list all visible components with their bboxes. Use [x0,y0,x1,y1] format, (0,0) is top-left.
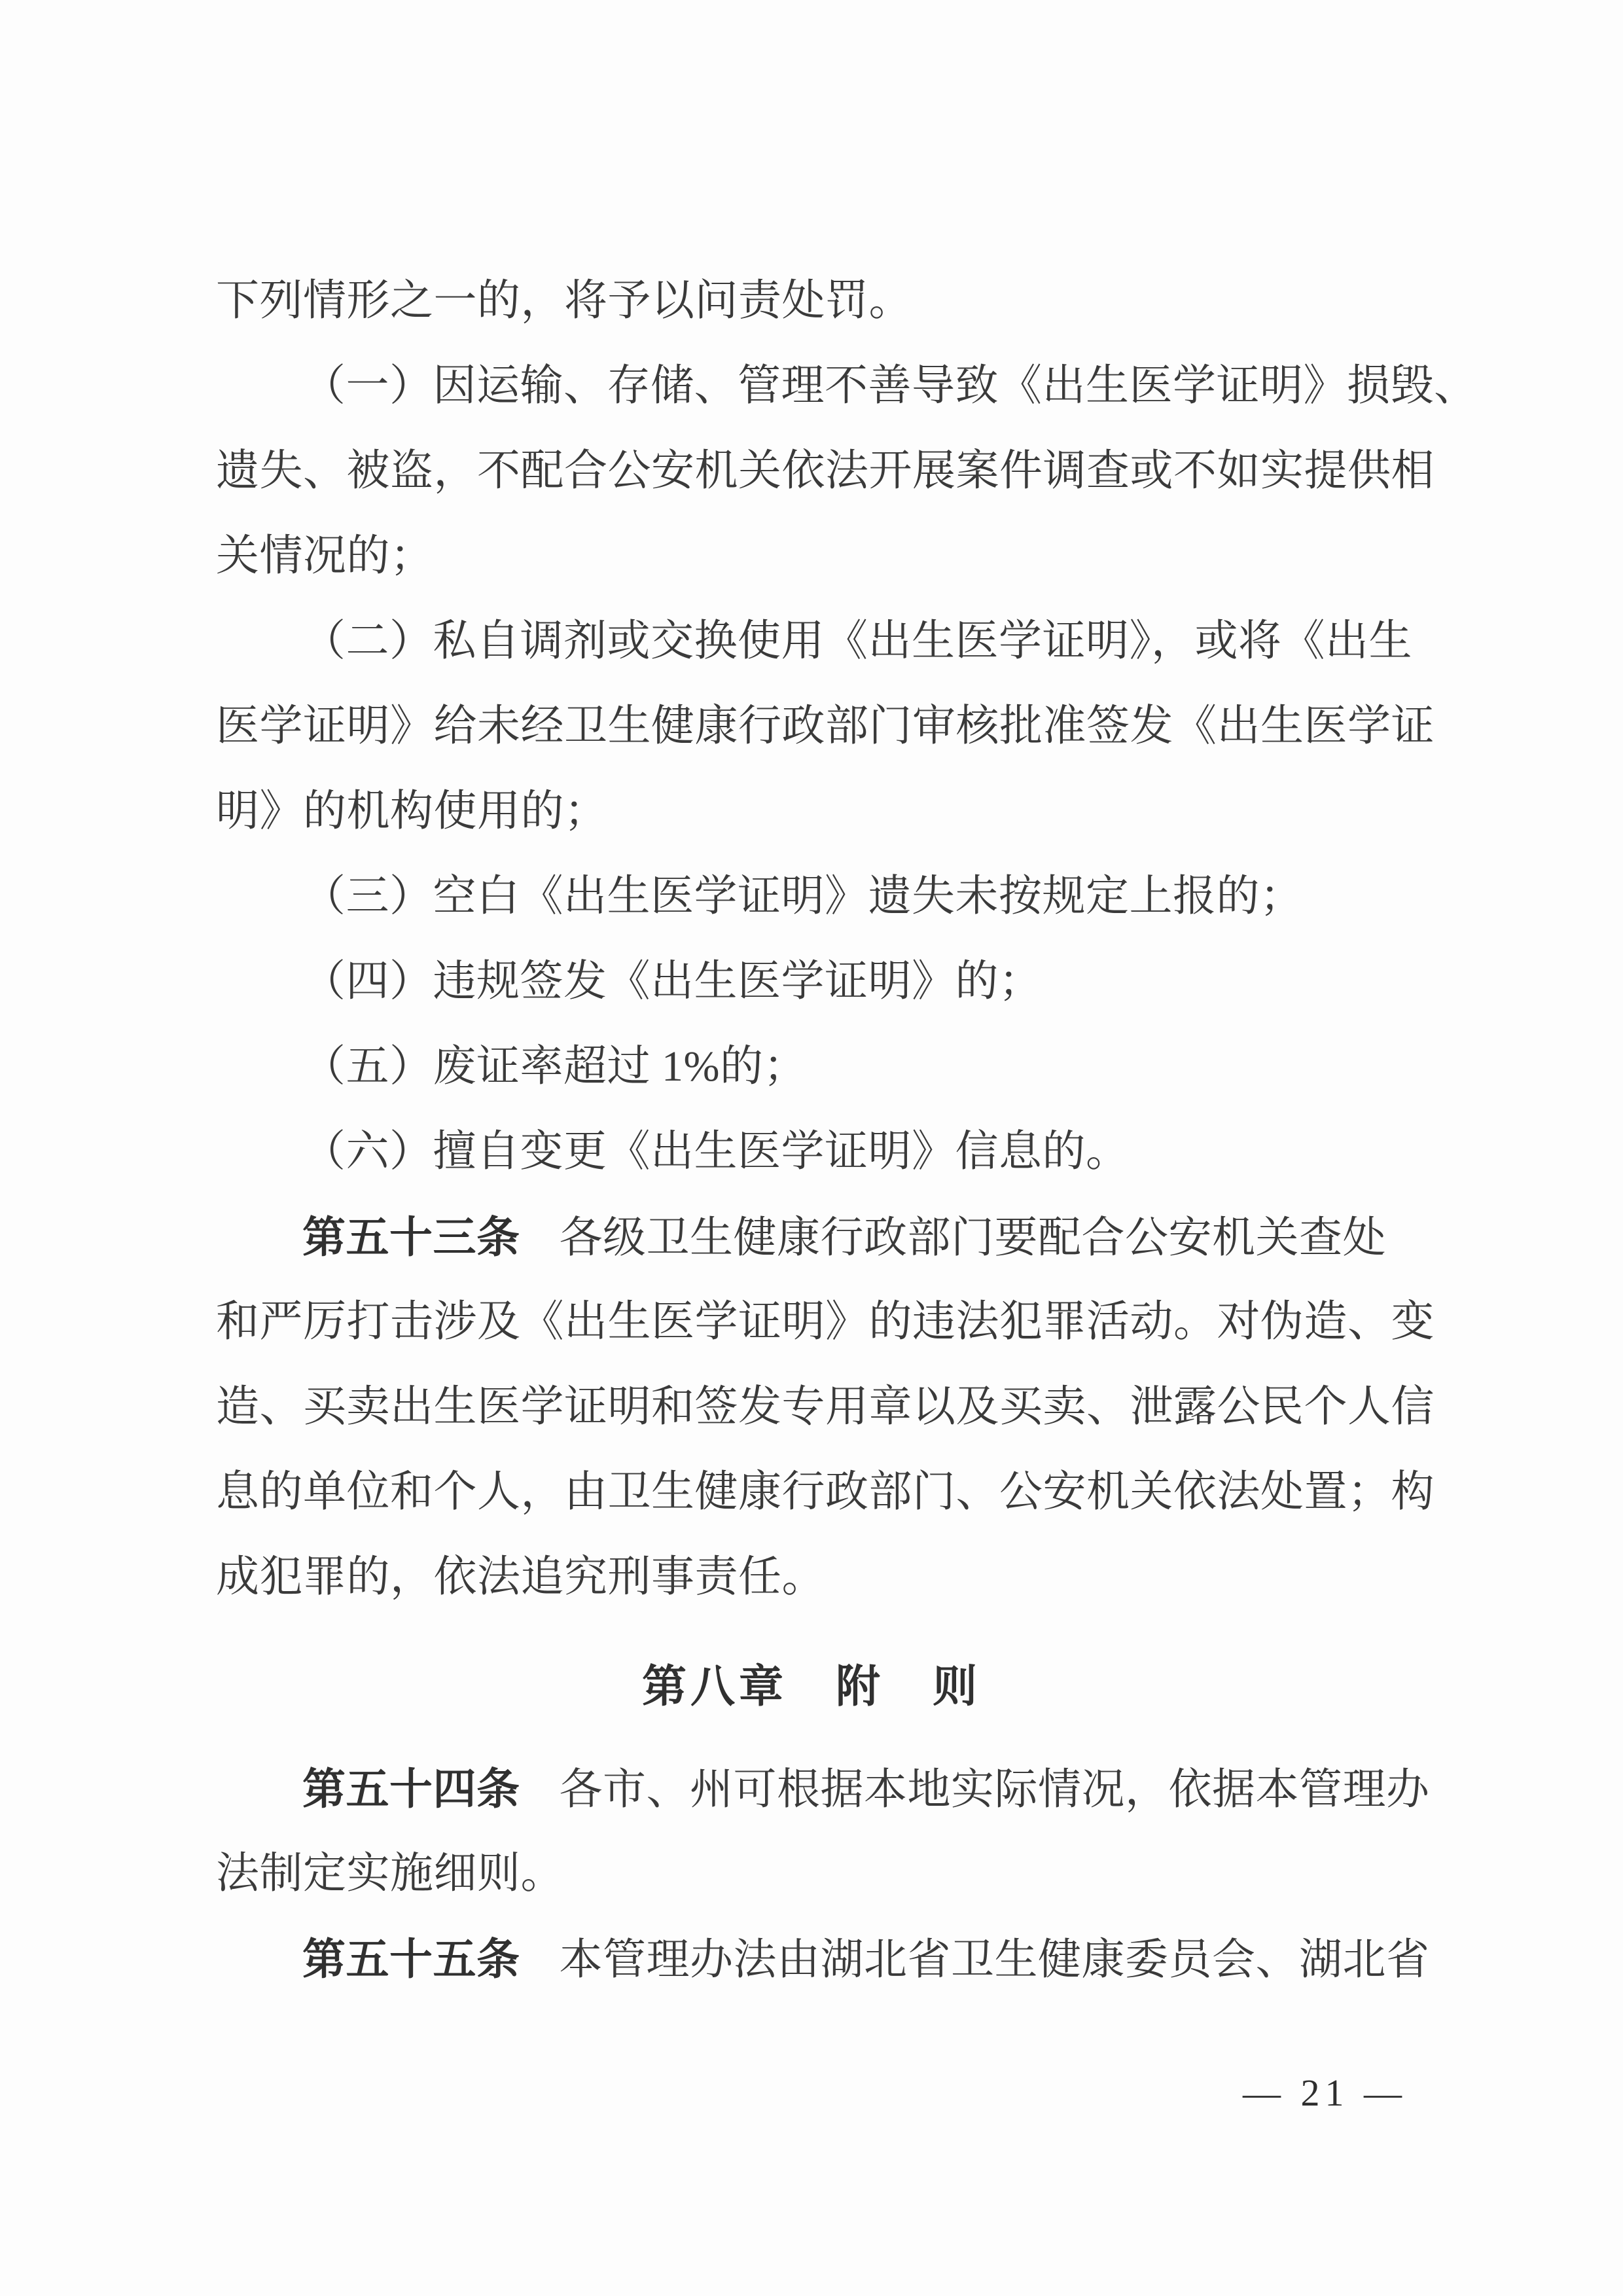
doc-line-14: 造、买卖出生医学证明和签发专用章以及买卖、泄露公民个人信 [216,1365,1407,1450]
doc-line-10-item-5: （五）废证率超过 1%的； [216,1024,1407,1109]
line-text: （六）擅自变更《出生医学证明》信息的。 [302,1128,1130,1175]
line-text: 法制定实施细则。 [216,1850,564,1897]
doc-line-19-article-55: 第五十五条本管理办法由湖北省卫生健康委员会、湖北省 [216,1916,1407,2001]
doc-line-11-item-6: （六）擅自变更《出生医学证明》信息的。 [216,1109,1407,1194]
doc-line-4: 关情况的； [216,514,1407,599]
doc-line-2-item-1: （一）因运输、存储、管理不善导致《出生医学证明》损毁、 [216,344,1407,429]
doc-line-17-article-54: 第五十四条各市、州可根据本地实际情况，依据本管理办 [216,1746,1407,1831]
line-text: 明》的机构使用的； [216,787,608,835]
line-text: （五）废证率超过 1%的； [302,1043,807,1090]
article-53-number: 第五十三条 [302,1213,520,1261]
doc-line-1: 下列情形之一的，将予以问责处罚。 [216,259,1407,344]
line-text: 成犯罪的，依法追究刑事责任。 [216,1553,825,1601]
line-text: 各市、州可根据本地实际情况，依据本管理办 [560,1766,1430,1814]
document-body: 下列情形之一的，将予以问责处罚。 （一）因运输、存储、管理不善导致《出生医学证明… [0,0,1623,2119]
article-54-number: 第五十四条 [302,1765,520,1813]
page-number: — 21 — [216,2067,1407,2119]
line-text: 和严厉打击涉及《出生医学证明》的违法犯罪活动。对伪造、变 [216,1298,1435,1346]
line-text: 医学证明》给未经卫生健康行政部门审核批准签发《出生医学证 [216,702,1435,750]
doc-line-12-article-53: 第五十三条各级卫生健康行政部门要配合公安机关查处 [216,1194,1407,1280]
doc-line-7: 明》的机构使用的； [216,769,1407,854]
line-text: （三）空白《出生医学证明》遗失未按规定上报的； [302,872,1304,920]
line-text: （四）违规签发《出生医学证明》的； [302,958,1043,1005]
doc-line-18: 法制定实施细则。 [216,1831,1407,1916]
doc-line-9-item-4: （四）违规签发《出生医学证明》的； [216,939,1407,1024]
doc-line-5-item-2: （二）私自调剂或交换使用《出生医学证明》，或将《出生 [216,599,1407,684]
line-text: 息的单位和个人，由卫生健康行政部门、公安机关依法处置；构 [216,1468,1435,1516]
article-55-number: 第五十五条 [302,1935,520,1983]
line-text: （二）私自调剂或交换使用《出生医学证明》，或将《出生 [302,617,1412,665]
doc-line-13: 和严厉打击涉及《出生医学证明》的违法犯罪活动。对伪造、变 [216,1280,1407,1365]
doc-line-3: 遗失、被盗，不配合公安机关依法开展案件调查或不如实提供相 [216,429,1407,514]
doc-line-15: 息的单位和个人，由卫生健康行政部门、公安机关依法处置；构 [216,1450,1407,1535]
line-text: 遗失、被盗，不配合公安机关依法开展案件调查或不如实提供相 [216,447,1435,495]
doc-line-6: 医学证明》给未经卫生健康行政部门审核批准签发《出生医学证 [216,684,1407,769]
line-text: 关情况的； [216,532,434,580]
document-page: 下列情形之一的，将予以问责处罚。 （一）因运输、存储、管理不善导致《出生医学证明… [0,0,1623,2296]
chapter-8-heading: 第八章 附 则 [216,1644,1407,1729]
line-text: 下列情形之一的，将予以问责处罚。 [216,277,912,325]
line-text: 本管理办法由湖北省卫生健康委员会、湖北省 [560,1936,1430,1984]
line-text: 各级卫生健康行政部门要配合公安机关查处 [560,1214,1387,1262]
doc-line-8-item-3: （三）空白《出生医学证明》遗失未按规定上报的； [216,854,1407,939]
line-text: 造、买卖出生医学证明和签发专用章以及买卖、泄露公民个人信 [216,1383,1435,1431]
line-text: （一）因运输、存储、管理不善导致《出生医学证明》损毁、 [302,362,1478,410]
doc-line-16: 成犯罪的，依法追究刑事责任。 [216,1535,1407,1620]
